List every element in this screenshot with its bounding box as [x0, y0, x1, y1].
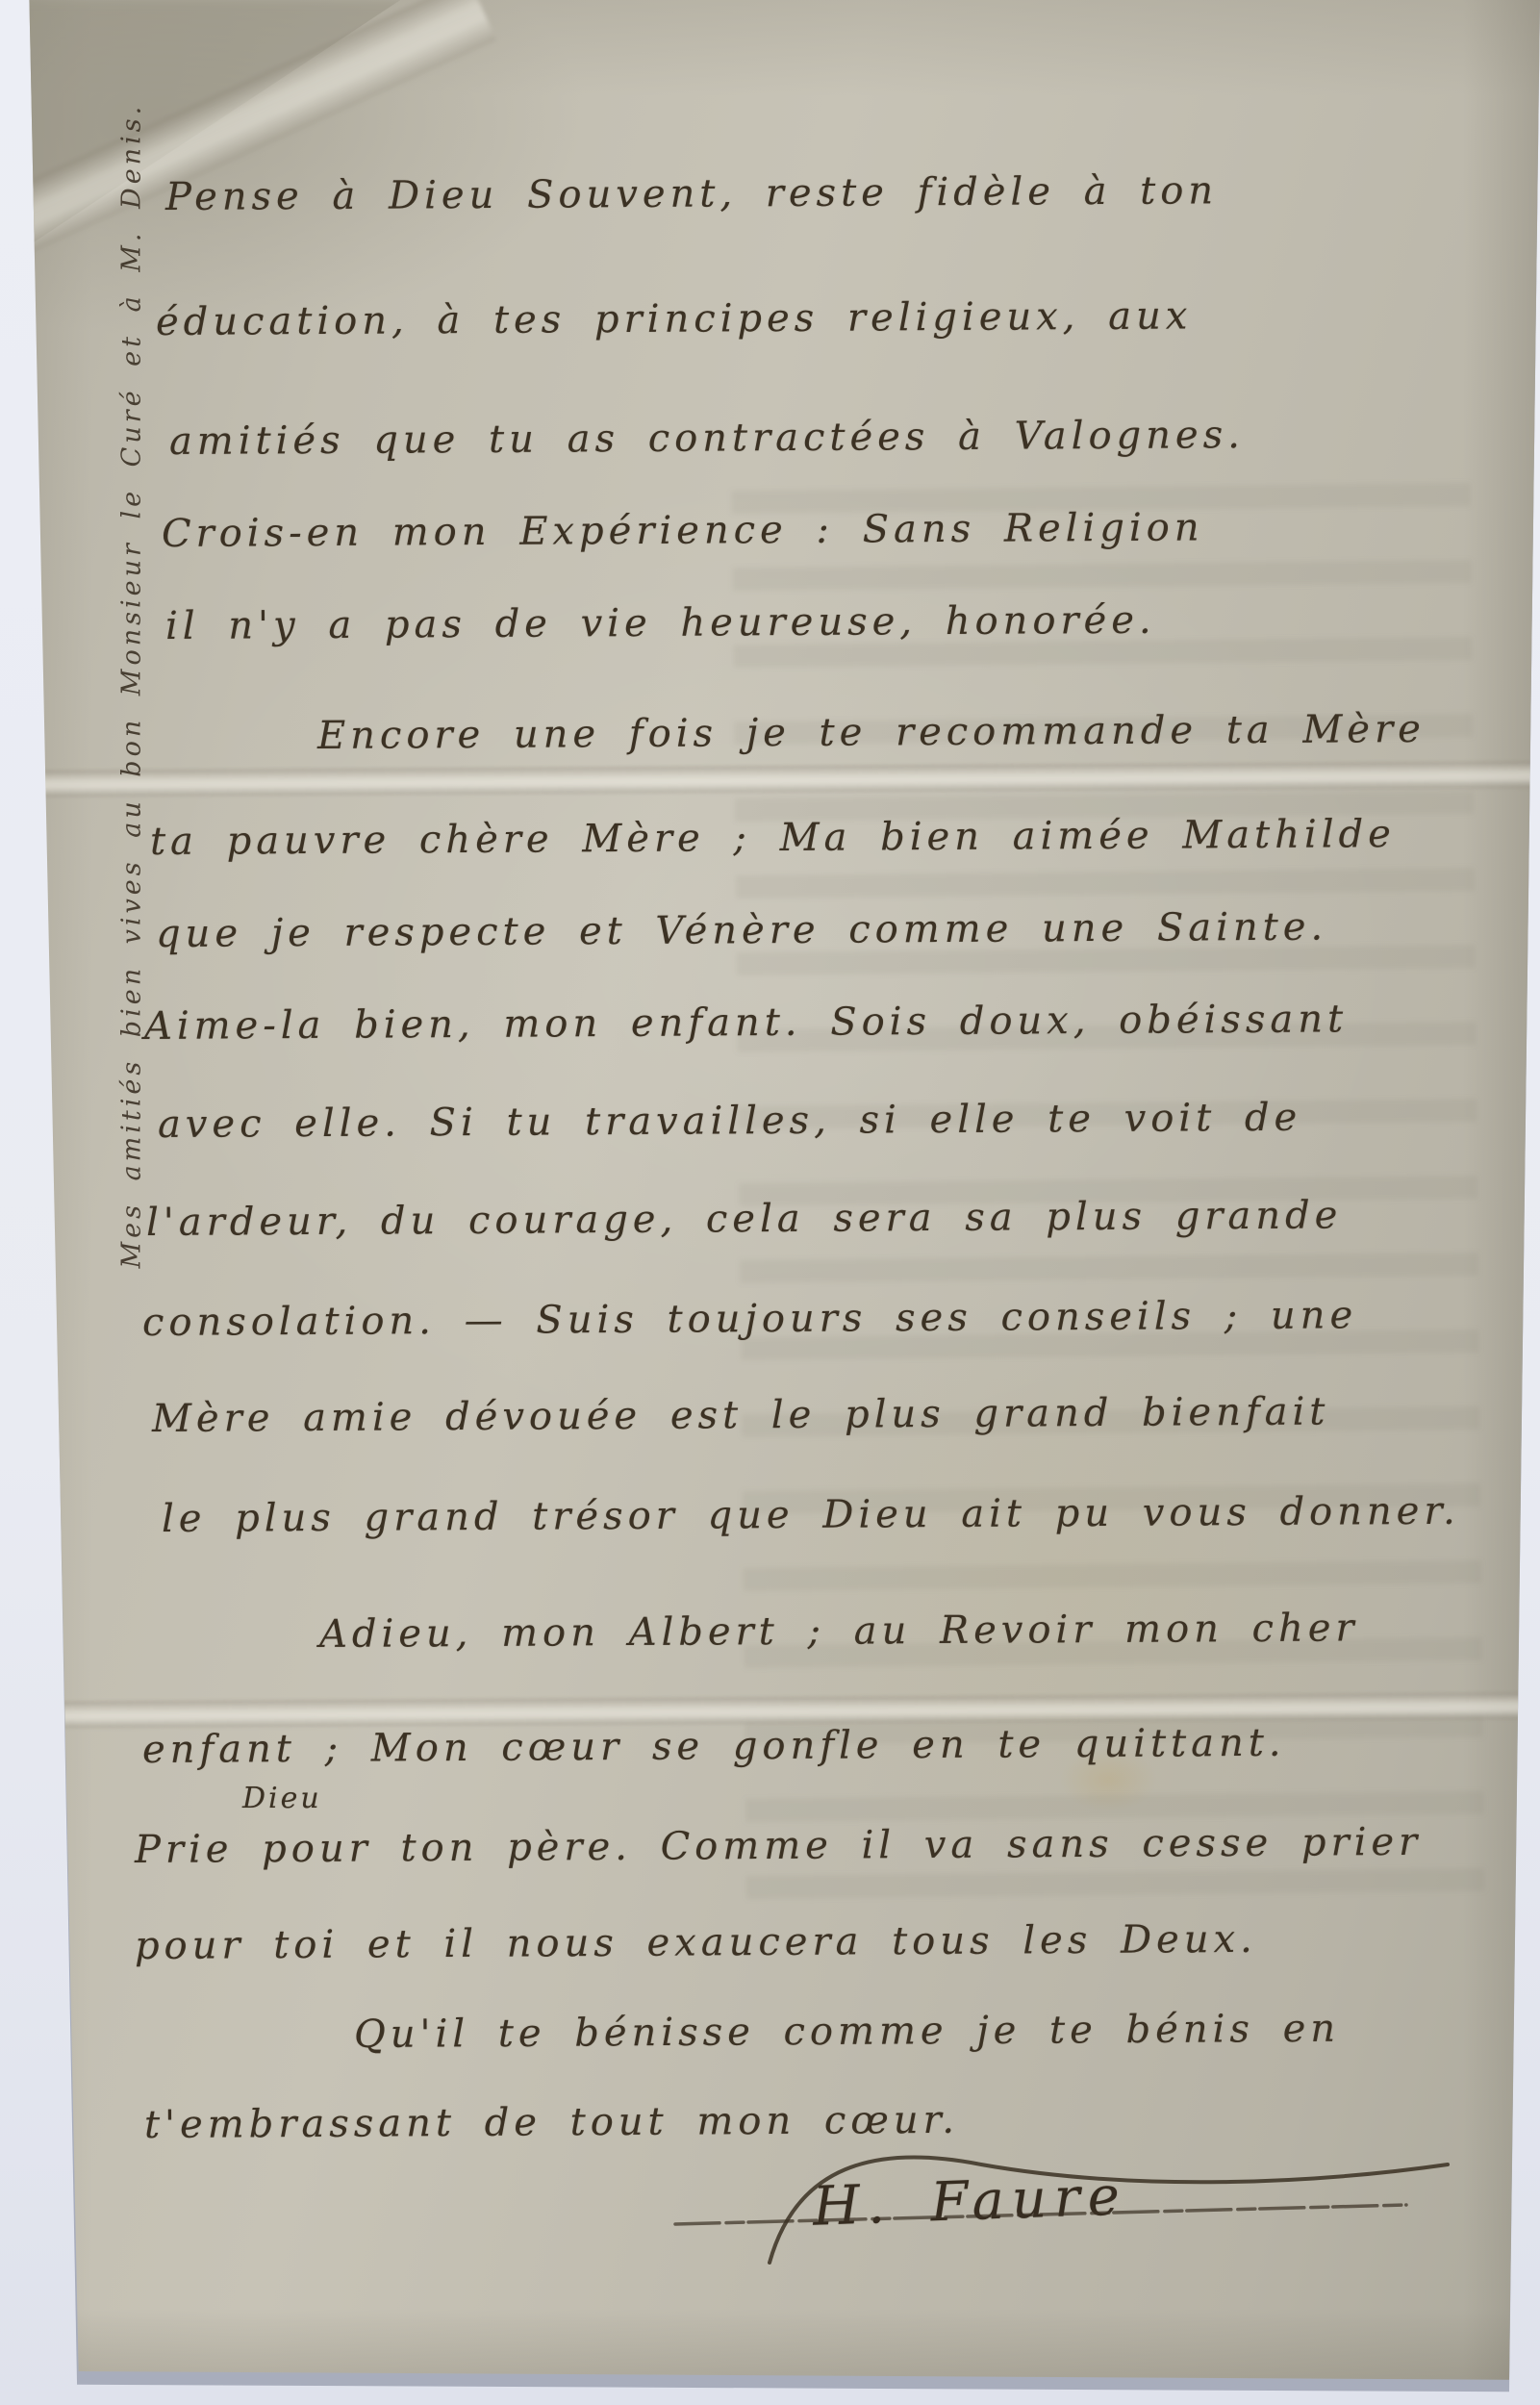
letter-line: l'ardeur, du courage, cela sera sa plus … — [146, 1193, 1343, 1245]
letter-line: t'embrassant de tout mon cœur. — [144, 2098, 959, 2147]
letter-line: Aime-la bien, mon enfant. Sois doux, obé… — [144, 997, 1348, 1049]
letter-line: pour toi et il nous exaucera tous les De… — [135, 1917, 1257, 1968]
letter-line: Mère amie dévouée est le plus grand bien… — [152, 1390, 1330, 1441]
letter-line: Pense à Dieu Souvent, reste fidèle à ton — [165, 168, 1218, 219]
letter-line: enfant ; Mon cœur se gonfle en te quitta… — [142, 1721, 1286, 1772]
letter-line: éducation, à tes principes religieux, au… — [156, 293, 1193, 344]
letter-line: ta pauvre chère Mère ; Ma bien aimée Mat… — [150, 812, 1396, 864]
letter-line: amitiés que tu as contractées à Valognes… — [169, 413, 1245, 464]
vertical-margin-note: Mes amitiés bien vives au bon Monsieur l… — [117, 143, 147, 1269]
letter-line: que je respecte et Vénère comme une Sain… — [156, 905, 1327, 956]
letter-line: il n'y a pas de vie heureuse, honorée. — [165, 598, 1156, 648]
letter-line: consolation. — Suis toujours ses conseil… — [142, 1293, 1357, 1345]
letter-line: Crois-en mon Expérience : Sans Religion — [162, 505, 1204, 556]
letter-line: le plus grand trésor que Dieu ait pu vou… — [162, 1489, 1460, 1541]
interline-insertion-word: Dieu — [242, 1782, 322, 1815]
letter-line: Adieu, mon Albert ; au Revoir mon cher — [319, 1606, 1359, 1657]
letter-line: Encore une fois je te recommande ta Mère — [317, 707, 1426, 758]
photo-of-letter: { "letter": { "lines": [ "Pense à Dieu S… — [0, 0, 1540, 2405]
letter-line: avec elle. Si tu travailles, si elle te … — [158, 1096, 1301, 1147]
letter-paper: Pense à Dieu Souvent, reste fidèle à ton… — [0, 0, 1540, 2405]
signature: H. Faure — [812, 2164, 1128, 2238]
letter-line: Qu'il te bénisse comme je te bénis en — [354, 2007, 1340, 2057]
letter-line: Prie pour ton père. Comme il va sans ces… — [135, 1820, 1422, 1872]
